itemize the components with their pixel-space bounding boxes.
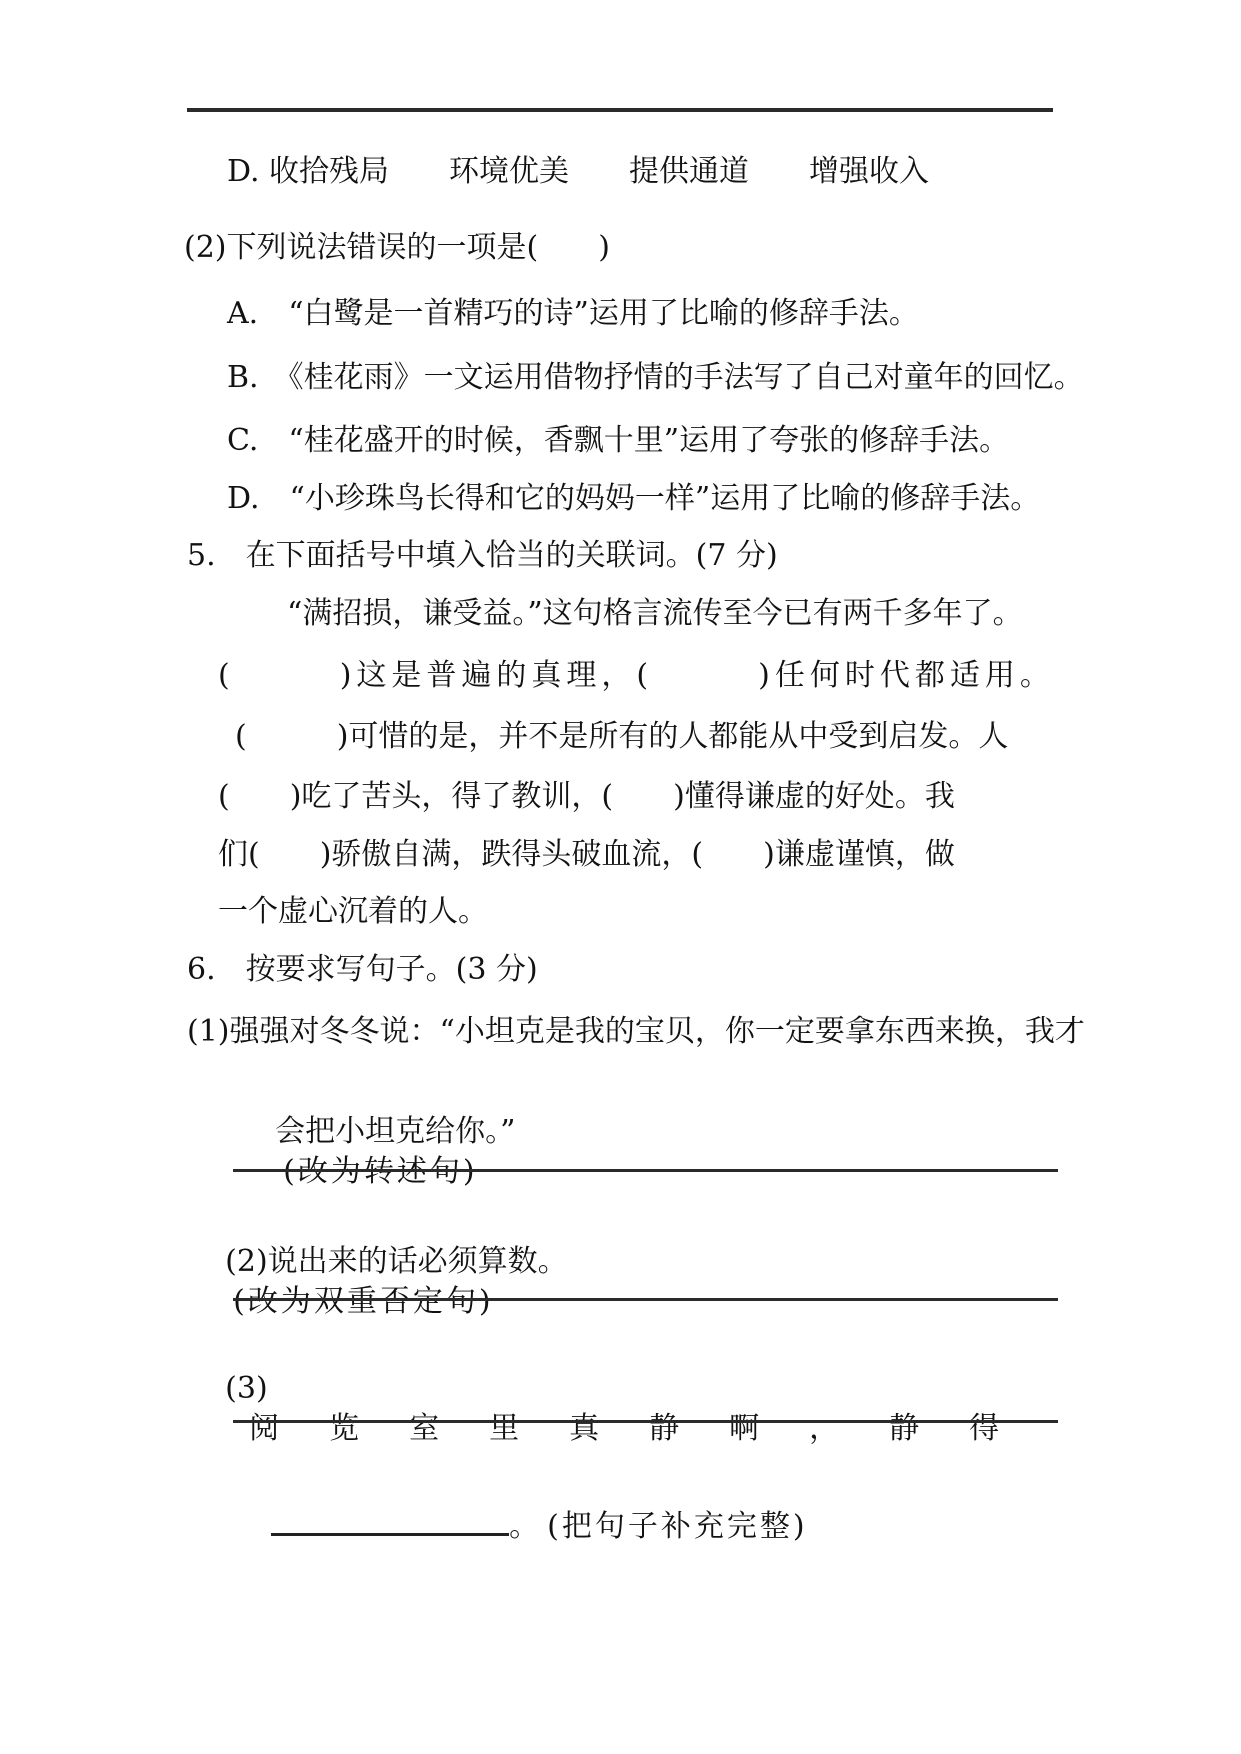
question4-option-d-row: D. 收拾残局 环境优美 提供通道 增强收入 xyxy=(227,152,929,192)
question6-part1-line-2-text: 会把小坦克给你。” xyxy=(275,1114,515,1149)
question6-part2-text: (2)说出来的话必须算数。 xyxy=(225,1244,568,1279)
question6-part3-marker: (3) xyxy=(225,1371,268,1406)
answer-line-2 xyxy=(233,1298,1058,1301)
question6-part2-line: (2)说出来的话必须算数。 (改为双重否定句) xyxy=(187,1202,568,1242)
question6-part3-instruction-note: (把句子补充完整) xyxy=(547,1509,807,1544)
question4-part2-prompt: (2)下列说法错误的一项是( ) xyxy=(184,228,610,268)
question5-paragraph-line-1: ( )这是普遍的真理，( )任何时代都适用。 xyxy=(218,656,1055,696)
fill-in-blank-underline xyxy=(271,1503,509,1536)
question6-part3-line: (3) 阅览室里真静啊，静得 xyxy=(187,1329,1049,1369)
answer-line-3 xyxy=(233,1420,1058,1423)
question5-paragraph-line-4: 们( )骄傲自满，跌得头破血流，( )谦虚谨慎，做 xyxy=(218,835,955,875)
exam-paper-page: D. 收拾残局 环境优美 提供通道 增强收入 (2)下列说法错误的一项是( ) … xyxy=(0,0,1241,1754)
question4-part2-option-b: B. 《桂花雨》一文运用借物抒情的手法写了自己对童年的回忆。 xyxy=(227,358,1084,398)
question6-part2-instruction-note: (改为双重否定句) xyxy=(233,1284,493,1319)
question5-paragraph-line-3: ( )吃了苦头，得了教训，( )懂得谦虚的好处。我 xyxy=(218,777,955,817)
question6-part1-line-2: 会把小坦克给你。” (改为转述句) xyxy=(237,1072,516,1112)
question4-part2-option-d: D. “小珍珠鸟长得和它的妈妈一样”运用了比喻的修辞手法。 xyxy=(227,479,1040,519)
question5-paragraph-line-5: 一个虚心沉着的人。 xyxy=(218,892,488,932)
question6-part3-spread-text: 阅览室里真静啊，静得 xyxy=(249,1411,1049,1446)
question6-part3-period: 。 xyxy=(509,1509,539,1544)
question5-quote-line: “满招损，谦受益。”这句格言流传至今已有两千多年了。 xyxy=(287,594,1023,634)
page-header-rule xyxy=(187,108,1053,112)
question5-heading: 5. 在下面括号中填入恰当的关联词。(7 分) xyxy=(187,536,778,576)
question6-heading: 6. 按要求写句子。(3 分) xyxy=(187,950,538,990)
question6-part3-closing-line: 。(把句子补充完整) xyxy=(233,1463,808,1503)
question4-part2-option-c: C. “桂花盛开的时候，香飘十里”运用了夸张的修辞手法。 xyxy=(227,421,1009,461)
question6-part1-line-1: (1)强强对冬冬说：“小坦克是我的宝贝，你一定要拿东西来换，我才 xyxy=(187,1012,1085,1052)
question4-part2-option-a: A. “白鹭是一首精巧的诗”运用了比喻的修辞手法。 xyxy=(227,294,919,334)
question5-paragraph-line-2: ( )可惜的是，并不是所有的人都能从中受到启发。人 xyxy=(235,717,1008,757)
answer-line-1 xyxy=(233,1169,1058,1172)
